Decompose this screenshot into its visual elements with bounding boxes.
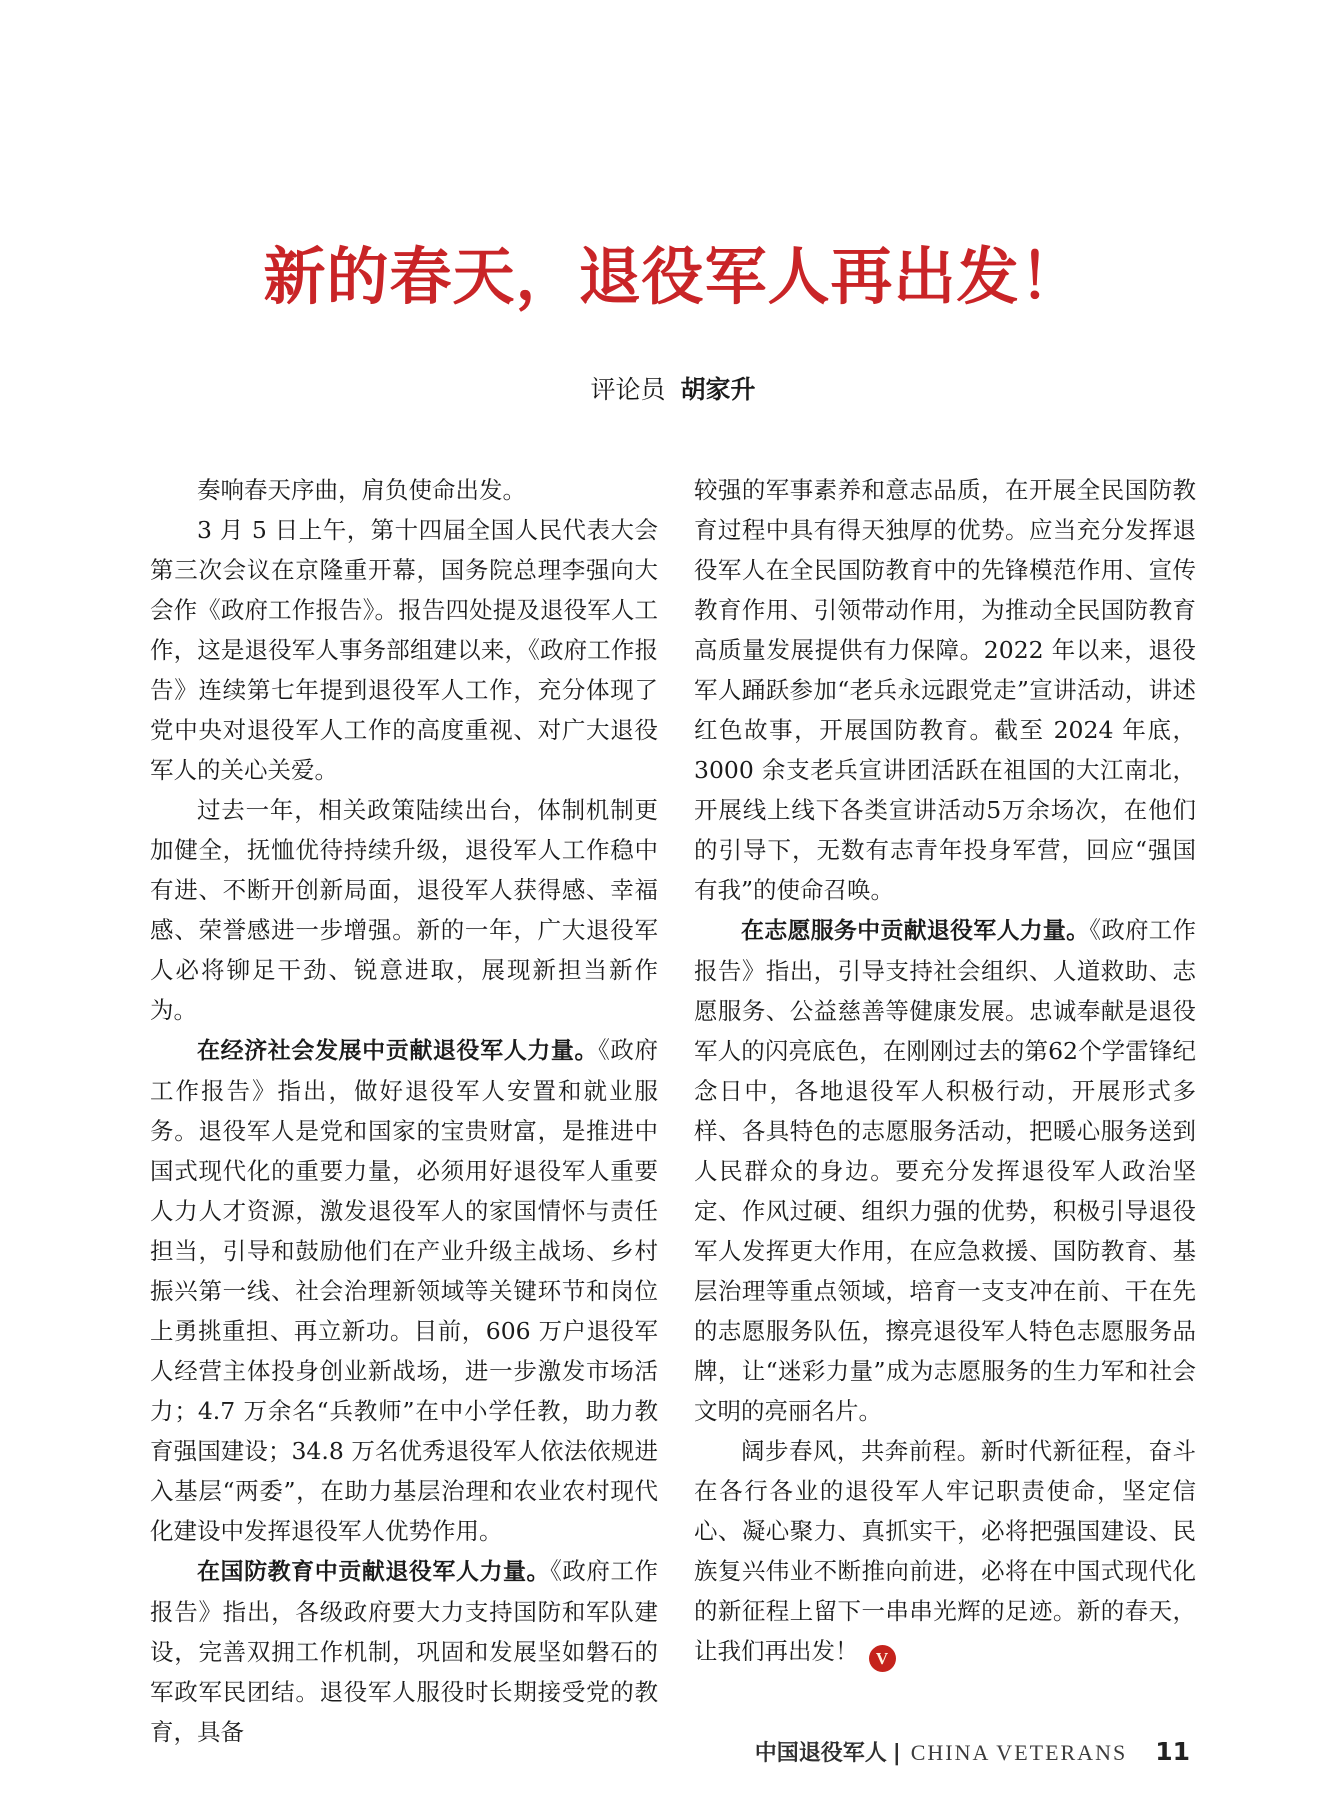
paragraph: 过去一年，相关政策陆续出台，体制机制更加健全，抚恤优待持续升级，退役军人工作稳中… [150, 790, 658, 1030]
paragraph-lead: 在志愿服务中贡献退役军人力量。 [741, 918, 1089, 944]
paragraph-economy: 在经济社会发展中贡献退役军人力量。《政府工作报告》指出，做好退役军人安置和就业服… [150, 1030, 658, 1551]
paragraph-continuation: 较强的军事素养和意志品质，在开展全民国防教育过程中具有得天独厚的优势。应当充分发… [694, 470, 1196, 910]
byline-author: 胡家升 [681, 375, 756, 404]
paragraph-text: 《政府工作报告》指出，各级政府要大力支持国防和军队建设，完善双拥工作机制，巩固和… [150, 1557, 658, 1746]
paragraph-text: 过去一年，相关政策陆续出台，体制机制更加健全，抚恤优待持续升级，退役军人工作稳中… [150, 796, 658, 1024]
paragraph-text: 阔步春风，共奔前程。新时代新征程，奋斗在各行各业的退役军人牢记职责使命，坚定信心… [694, 1437, 1196, 1665]
magazine-name-en: CHINA VETERANS [911, 1740, 1127, 1766]
magazine-page: 新的春天，退役军人再出发！ 评论员胡家升 奏响春天序曲，肩负使命出发。 3 月 … [0, 0, 1323, 1795]
paragraph-volunteer-service: 在志愿服务中贡献退役军人力量。《政府工作报告》指出，引导支持社会组织、人道救助、… [694, 910, 1196, 1431]
paragraph-defense-education: 在国防教育中贡献退役军人力量。《政府工作报告》指出，各级政府要大力支持国防和军队… [150, 1551, 658, 1752]
article-end-icon: V [869, 1645, 896, 1672]
footer-separator: | [893, 1741, 901, 1766]
column-right: 较强的军事素养和意志品质，在开展全民国防教育过程中具有得天独厚的优势。应当充分发… [694, 470, 1196, 1672]
paragraph-lead: 在经济社会发展中贡献退役军人力量。 [197, 1038, 598, 1064]
page-footer: 中国退役军人 | CHINA VETERANS 11 [755, 1736, 1190, 1767]
page-number: 11 [1155, 1737, 1190, 1766]
paragraph-lead: 在国防教育中贡献退役军人力量。 [197, 1559, 550, 1585]
paragraph-text: 较强的军事素养和意志品质，在开展全民国防教育过程中具有得天独厚的优势。应当充分发… [694, 476, 1196, 904]
magazine-name-cn: 中国退役军人 [755, 1736, 887, 1767]
byline: 评论员胡家升 [150, 370, 1196, 406]
paragraph-text: 3 月 5 日上午，第十四届全国人民代表大会第三次会议在京隆重开幕，国务院总理李… [150, 516, 658, 784]
article-title: 新的春天，退役军人再出发！ [150, 238, 1196, 316]
column-left: 奏响春天序曲，肩负使命出发。 3 月 5 日上午，第十四届全国人民代表大会第三次… [150, 470, 658, 1752]
paragraph-opening: 奏响春天序曲，肩负使命出发。 [150, 470, 658, 510]
paragraph: 3 月 5 日上午，第十四届全国人民代表大会第三次会议在京隆重开幕，国务院总理李… [150, 510, 658, 790]
paragraph-text: 《政府工作报告》指出，引导支持社会组织、人道救助、志愿服务、公益慈善等健康发展。… [694, 916, 1196, 1425]
paragraph-closing: 阔步春风，共奔前程。新时代新征程，奋斗在各行各业的退役军人牢记职责使命，坚定信心… [694, 1431, 1196, 1672]
paragraph-text: 奏响春天序曲，肩负使命出发。 [197, 476, 526, 504]
paragraph-text: 《政府工作报告》指出，做好退役军人安置和就业服务。退役军人是党和国家的宝贵财富，… [150, 1036, 658, 1545]
byline-role: 评论员 [590, 375, 665, 404]
